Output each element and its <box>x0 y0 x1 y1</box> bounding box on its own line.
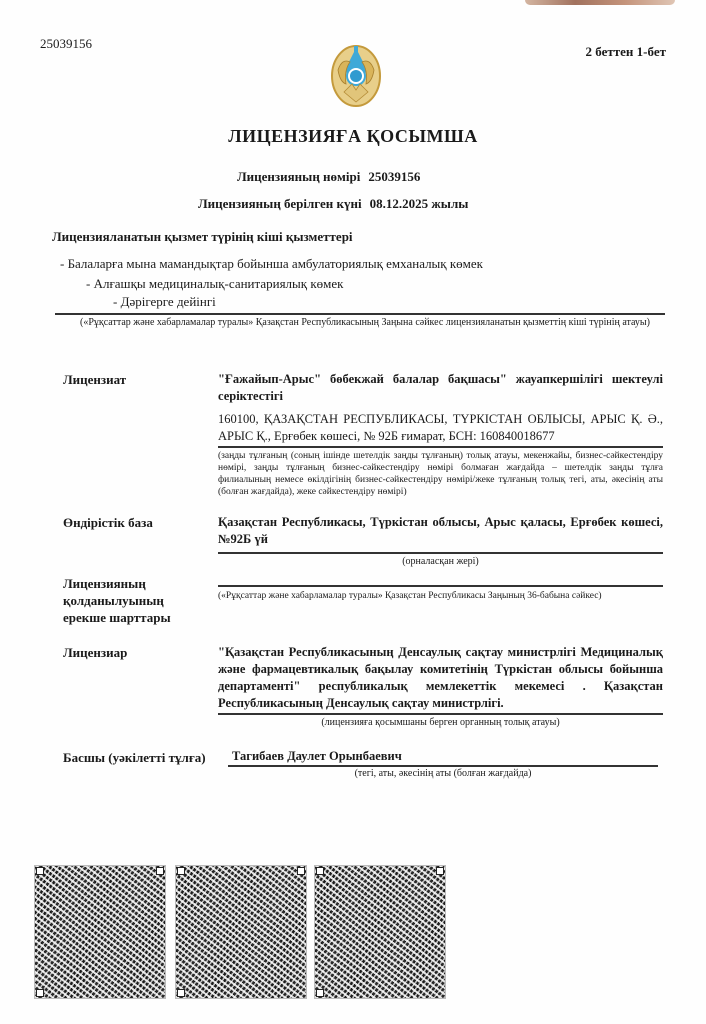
qr-code <box>175 865 307 999</box>
licensee-label: Лицензиат <box>63 371 126 388</box>
divider-line <box>218 713 663 715</box>
head-value: Тагибаев Даулет Орынбаевич <box>232 748 402 765</box>
production-base-label: Өндірістік база <box>63 514 153 531</box>
subactivities-heading: Лицензияланатын қызмет түрінің кіші қызм… <box>52 229 353 245</box>
qr-code <box>314 865 446 999</box>
subactivity-item: - Алғашқы медициналық-санитариялық көмек <box>86 276 343 292</box>
licensor-label: Лицензиар <box>63 644 127 661</box>
paper-stain <box>525 0 675 5</box>
divider-line <box>218 552 663 554</box>
qr-code <box>34 865 166 999</box>
license-date-value: 08.12.2025 жылы <box>370 196 469 211</box>
divider-line <box>218 585 663 587</box>
license-number-value: 25039156 <box>368 169 420 184</box>
special-conditions-label: Лицензияның қолданылуының ерекше шарттар… <box>63 575 203 626</box>
licensee-note: (заңды тұлғаның (соның ішінде шетелдік з… <box>218 450 663 498</box>
license-number-row: Лицензияның нөмірі25039156 <box>237 169 420 185</box>
page-indicator: 2 беттен 1-бет <box>586 44 666 60</box>
licensor-note: (лицензияға қосымшаны берген органның то… <box>218 716 663 729</box>
head-label: Басшы (уәкілетті тұлға) <box>63 749 206 766</box>
subactivity-item: - Балаларға мына мамандықтар бойынша амб… <box>60 256 483 272</box>
production-base-note: (орналасқан жері) <box>218 555 663 568</box>
licensor-value: "Қазақстан Республикасының Денсаулық сақ… <box>218 644 663 712</box>
special-conditions-note: («Рұқсаттар және хабарламалар туралы» Қа… <box>218 590 663 602</box>
divider-line <box>55 313 665 315</box>
head-note: (тегі, аты, әкесінің аты (болған жағдайд… <box>228 767 658 780</box>
state-emblem-icon <box>330 40 382 110</box>
license-date-label: Лицензияның берілген күні <box>198 196 362 211</box>
subactivity-item: - Дәрігерге дейінгі <box>113 294 216 310</box>
licensee-address: 160100, ҚАЗАҚСТАН РЕСПУБЛИКАСЫ, ТҮРКІСТА… <box>218 411 663 445</box>
licensee-name: "Ғажайып-Арыс" бөбекжай балалар бақшасы"… <box>218 371 663 405</box>
license-date-row: Лицензияның берілген күні08.12.2025 жылы <box>198 196 468 212</box>
production-base-value: Қазақстан Республикасы, Түркістан облысы… <box>218 514 663 548</box>
divider-line <box>218 446 663 448</box>
document-number: 25039156 <box>40 36 92 52</box>
document-title: ЛИЦЕНЗИЯҒА ҚОСЫМША <box>0 126 706 147</box>
subactivities-note: («Рұқсаттар және хабарламалар туралы» Қа… <box>70 316 660 329</box>
license-number-label: Лицензияның нөмірі <box>237 169 360 184</box>
